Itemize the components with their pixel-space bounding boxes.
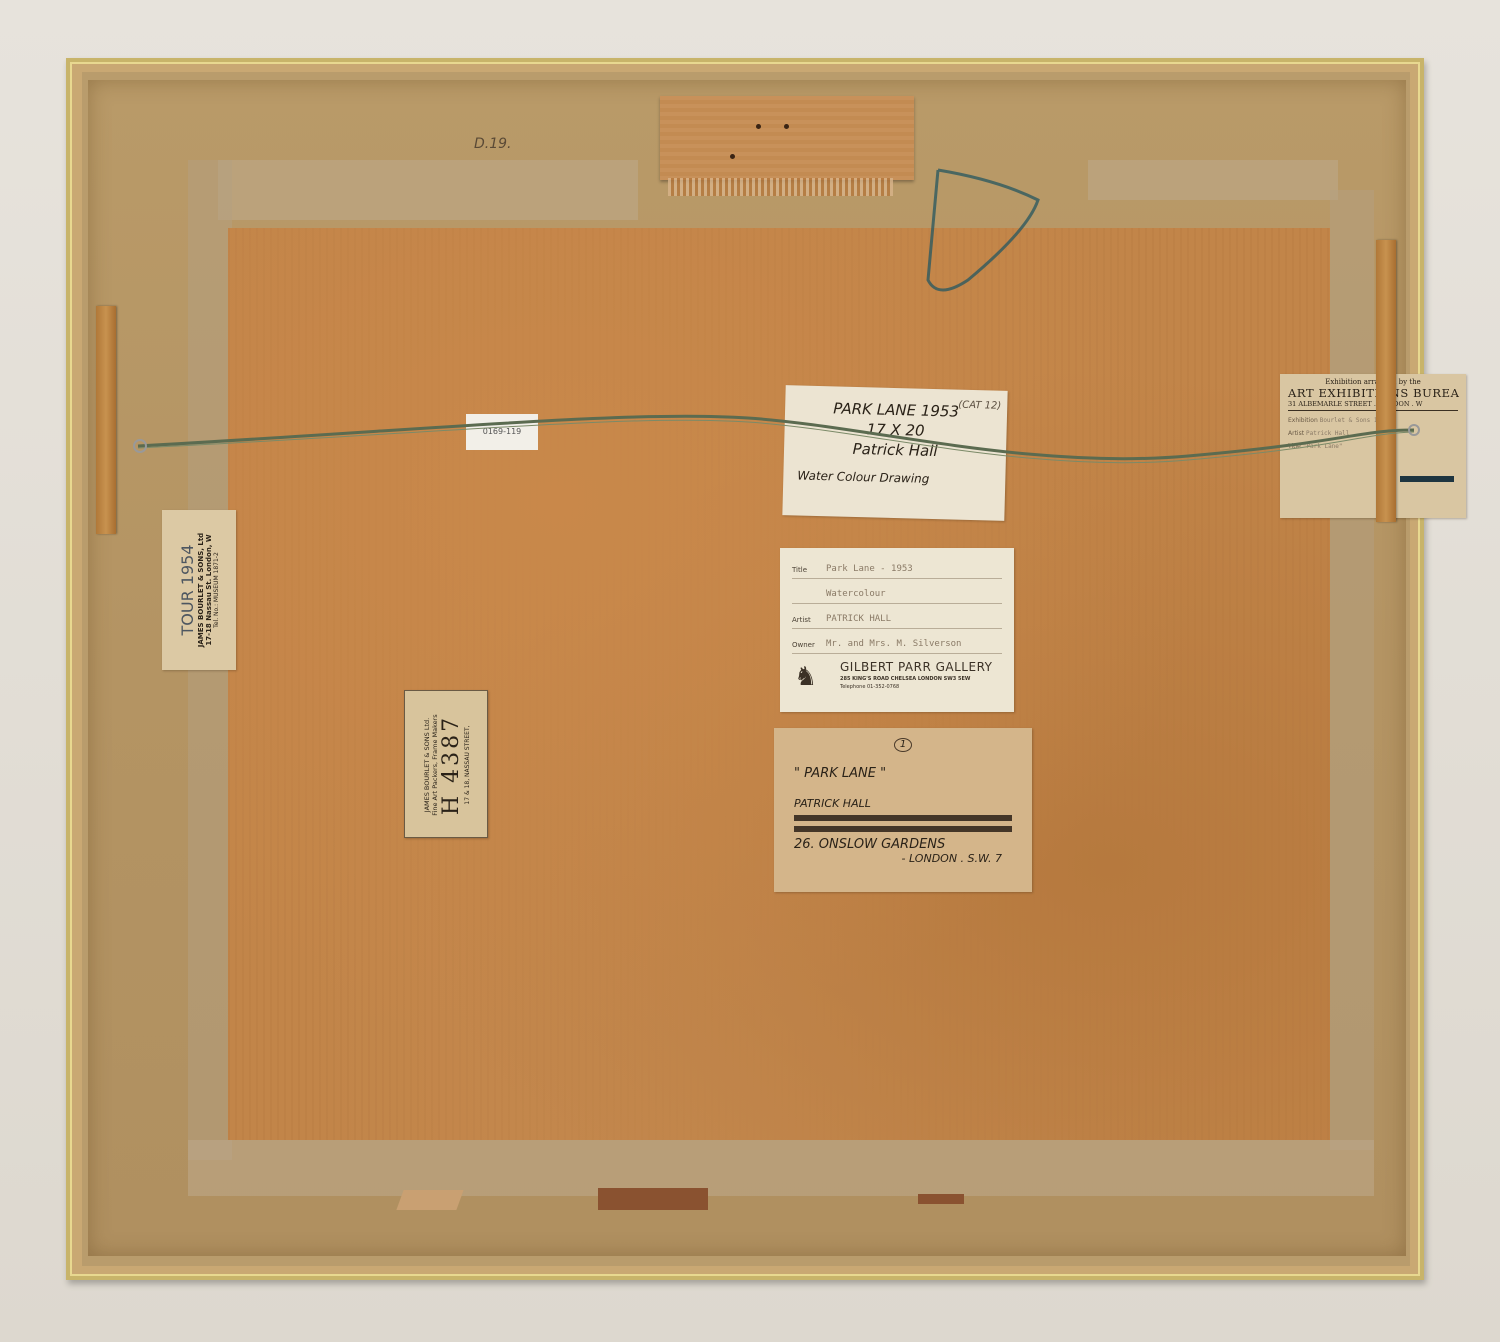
gilbert-parr-gallery-label: Title Park Lane - 1953 Watercolour Artis… [780,548,1014,712]
struck-out-line [794,826,1012,832]
tape-strip [1330,190,1374,1150]
bourlet-company: JAMES BOURLET & SONS Ltd. [423,695,431,835]
torn-paper [598,1188,708,1210]
bourlet-address: 17 & 18, NASSAU STREET, [464,695,471,835]
torn-paper [396,1190,463,1210]
glue-residue [668,178,893,196]
address-line-1: 26. ONSLOW GARDENS [794,837,1012,852]
field-row-owner: Owner Mr. and Mrs. M. Silverson [792,629,1002,654]
bourlet-subtitle: Fine Art Packers, Frame Makers [431,695,439,835]
wood-hanging-block [660,96,914,180]
pencil-mark: D.19. [474,136,512,152]
struck-out-line [794,815,1012,821]
gallery-telephone: Telephone 01-352-0768 [840,684,899,690]
label-number: 1 [894,738,912,752]
hanging-wire [128,400,1428,480]
bourlet-number: H 4387 [439,695,464,835]
tape-strip [218,160,638,220]
tape-strip [188,1140,1374,1196]
pencil-loop-mark [918,150,1048,300]
tape-strip [1088,160,1338,200]
gallery-name: GILBERT PARR GALLERY [840,660,992,674]
arranged-by-text: Exhibition arranged by the [1288,378,1458,386]
bourlet-tour-company: JAMES BOURLET & SONS, Ltd [197,510,205,670]
field-row-medium: Watercolour [792,579,1002,604]
bourlet-number-label: JAMES BOURLET & SONS Ltd. Fine Art Packe… [404,690,488,838]
field-row-artist: Artist PATRICK HALL [792,604,1002,629]
bourlet-tour-label: TOUR 1954 JAMES BOURLET & SONS, Ltd 17-1… [162,510,236,670]
heraldic-horse-icon: ♞ [794,660,828,694]
handwritten-address-label: 1 " PARK LANE " PATRICK HALL 26. ONSLOW … [774,728,1032,892]
gallery-address: 285 KING'S ROAD CHELSEA LONDON SW3 5EW [840,676,970,682]
bourlet-tour-tel: Tel. No.: MUSEUM 1871-2 [213,510,220,670]
bourlet-tour-address: 17-18 Nassau St. London, W [205,510,213,670]
backing-paper: D.19. 0169-119 (CAT 12) PARK LANE 1953 1… [88,80,1406,1256]
wood-backing-board: 0169-119 (CAT 12) PARK LANE 1953 17 X 20… [228,228,1330,1140]
gold-frame: D.19. 0169-119 (CAT 12) PARK LANE 1953 1… [66,58,1424,1280]
handwritten-title: " PARK LANE " [794,766,1012,781]
field-row-title: Title Park Lane - 1953 [792,554,1002,579]
tour-stamp: TOUR 1954 [178,510,197,670]
address-line-2: - LONDON . S.W. 7 [794,852,1012,865]
handwritten-artist: PATRICK HALL [794,797,1012,810]
torn-paper [918,1194,964,1204]
bureau-name: ART EXHIBITIONS BUREA [1288,386,1458,400]
left-hanging-strut [96,306,116,534]
